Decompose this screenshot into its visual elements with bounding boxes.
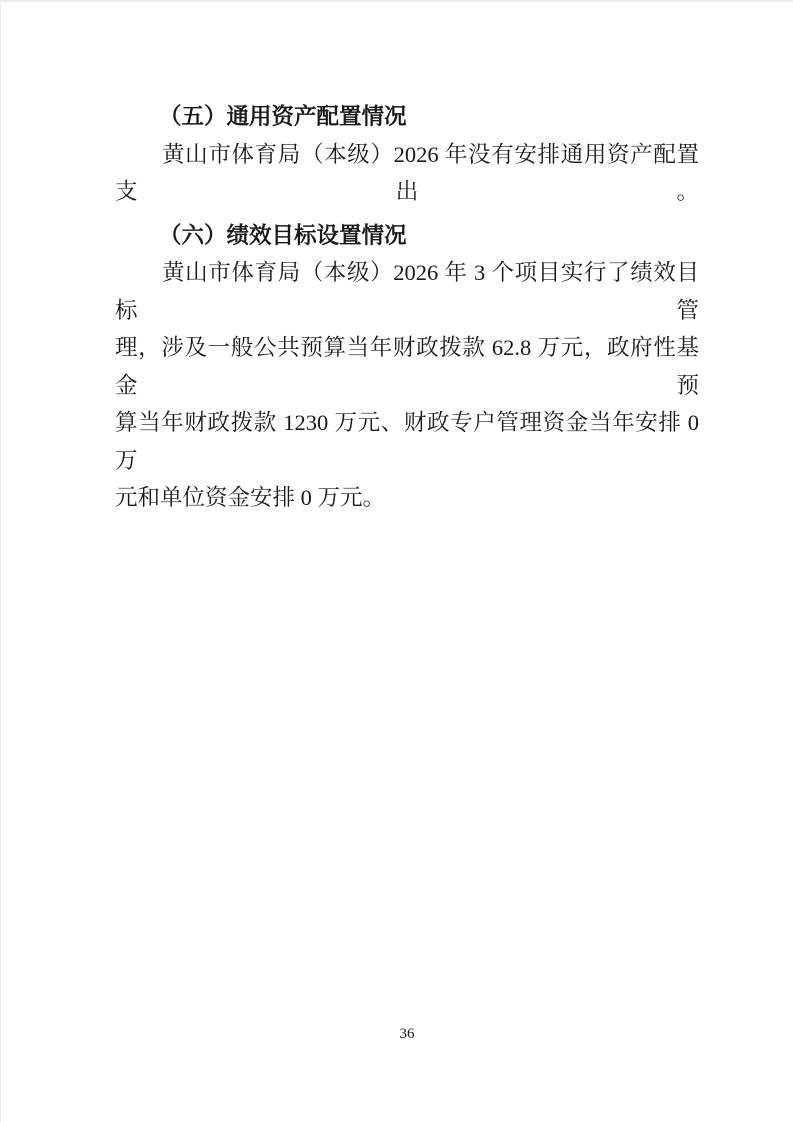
page-text-block: （五）通用资产配置情况 黄山市体育局（本级）2026 年没有安排通用资产配置支出…	[115, 98, 699, 517]
paragraph-line: 算当年财政拨款 1230 万元、财政专户管理资金当年安排 0 万	[115, 404, 699, 479]
page-number: 36	[115, 1024, 699, 1044]
paragraph-line: 黄山市体育局（本级）2026 年没有安排通用资产配置支出。	[115, 136, 699, 211]
paragraph-line: 元和单位资金安排 0 万元。	[115, 479, 699, 517]
section-heading-5: （五）通用资产配置情况	[115, 98, 699, 136]
paragraph-line: 理，涉及一般公共预算当年财政拨款 62.8 万元，政府性基金预	[115, 329, 699, 404]
document-page: （五）通用资产配置情况 黄山市体育局（本级）2026 年没有安排通用资产配置支出…	[0, 0, 793, 1122]
section-heading-6: （六）绩效目标设置情况	[115, 217, 699, 255]
paragraph-line: 黄山市体育局（本级）2026 年 3 个项目实行了绩效目标管	[115, 254, 699, 329]
